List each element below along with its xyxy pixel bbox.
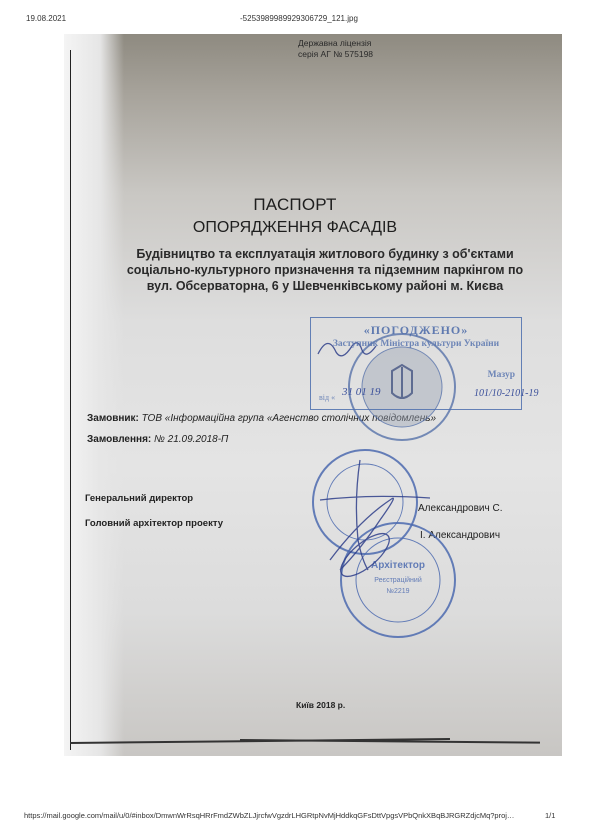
print-page-number: 1/1: [545, 811, 555, 820]
print-url: https://mail.google.com/mail/u/0/#inbox/…: [24, 811, 514, 820]
approval-position: Заступник Міністра культури України: [311, 339, 521, 349]
registration-label: Реєстраційний: [374, 576, 422, 584]
stamps-layer: Архітектор Реєстраційний №2219: [0, 0, 590, 834]
handwritten-number: 101/10-2101-19: [474, 388, 538, 399]
handwritten-date: 31 01 19: [342, 386, 381, 398]
architect-label: Архітектор: [371, 560, 425, 571]
approval-date-prefix: від «: [319, 393, 335, 402]
approval-heading: «ПОГОДЖЕНО»: [311, 323, 521, 338]
approval-name: Мазур: [488, 370, 515, 380]
registration-number: №2219: [386, 588, 409, 595]
